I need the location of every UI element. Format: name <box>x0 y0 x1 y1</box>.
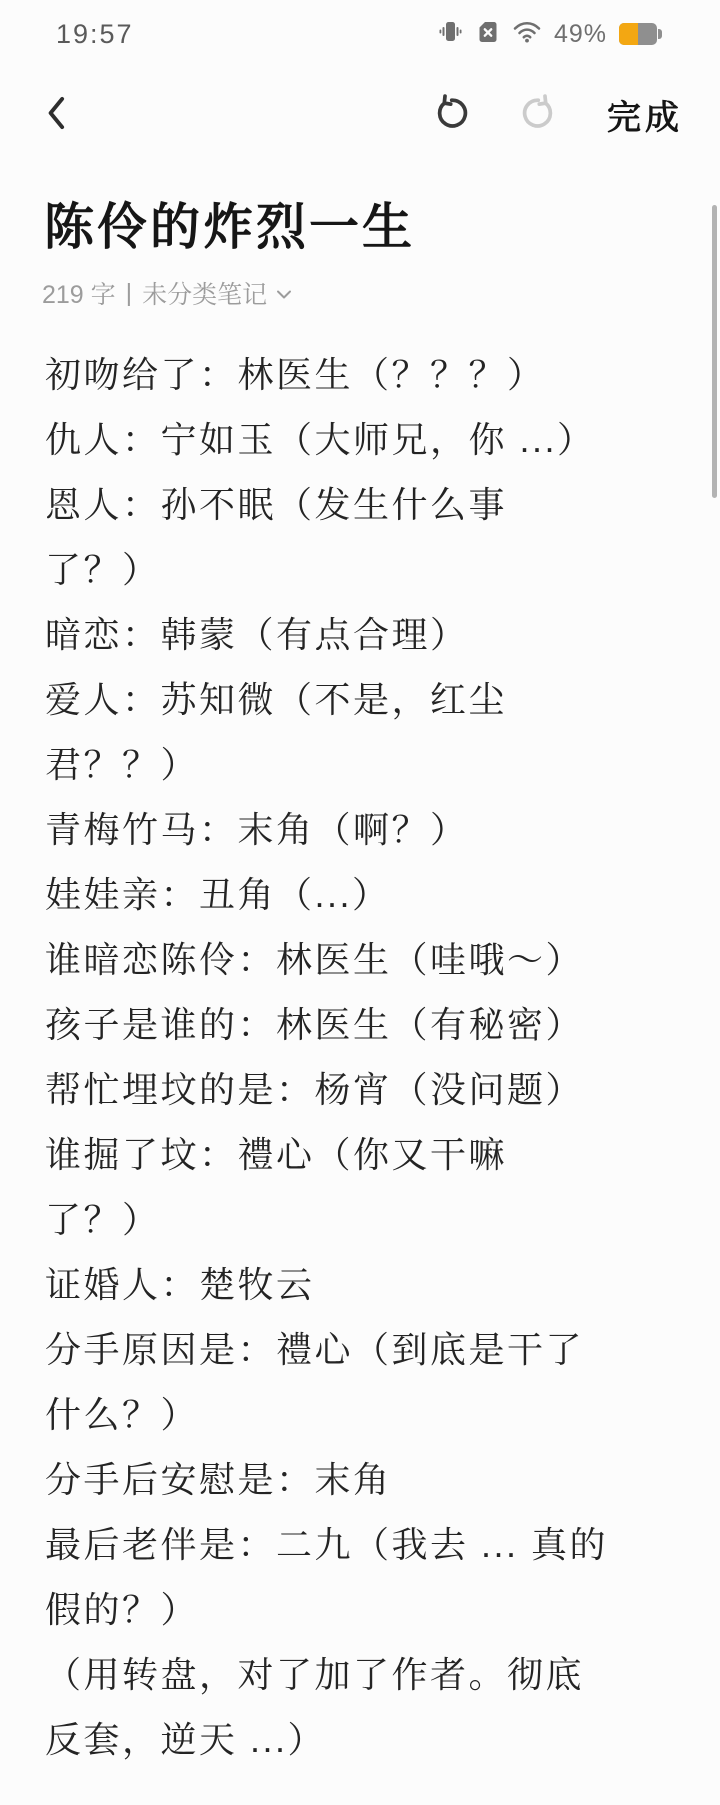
note-line[interactable]: 初吻给了：林医生（？？？） <box>45 342 675 407</box>
scrollbar-thumb[interactable] <box>712 205 717 498</box>
battery-fill <box>619 23 638 45</box>
status-time: 19:57 <box>56 19 134 50</box>
chevron-down-icon <box>275 279 293 308</box>
done-button[interactable]: 完成 <box>607 90 683 139</box>
no-sim-icon <box>476 20 500 49</box>
note-line[interactable]: 谁掘了坟：禮心（你又干嘛 了？） <box>45 1122 675 1252</box>
undo-button[interactable] <box>431 93 471 136</box>
note-title-input[interactable]: 陈伶的炸烈一生 <box>44 196 676 258</box>
chevron-left-icon <box>44 95 70 134</box>
back-button[interactable] <box>44 95 70 134</box>
note-line[interactable]: 恩人：孙不眠（发生什么事 了？） <box>45 472 675 602</box>
note-line[interactable]: 孩子是谁的：林医生（有秘密） <box>45 992 675 1057</box>
note-line[interactable]: 仇人：宁如玉（大师兄，你 ...） <box>45 407 675 472</box>
note-line[interactable]: 谁暗恋陈伶：林医生（哇哦～） <box>45 927 675 992</box>
note-line[interactable]: 爱人：苏知微（不是，红尘 君？？） <box>45 667 675 797</box>
status-bar: 19:57 <box>0 0 720 52</box>
battery-percent: 49% <box>554 20 607 49</box>
category-selector[interactable]: 未分类笔记 <box>142 275 293 311</box>
note-content: 陈伶的炸烈一生 219 字 | 未分类笔记 初吻给了：林医生（？？？） 仇人：宁… <box>0 196 720 1772</box>
note-line[interactable]: 最后老伴是：二九（我去 ... 真的 假的？） <box>45 1512 675 1642</box>
category-label: 未分类笔记 <box>142 275 267 311</box>
note-body[interactable]: 初吻给了：林医生（？？？） 仇人：宁如玉（大师兄，你 ...） 恩人：孙不眠（发… <box>45 342 675 1772</box>
note-editor-screen: 19:57 <box>0 0 720 1805</box>
meta-divider: | <box>126 279 133 308</box>
editor-toolbar: 完成 <box>0 88 720 140</box>
wifi-icon <box>512 20 542 49</box>
redo-button[interactable] <box>519 93 559 136</box>
note-line[interactable]: 青梅竹马：末角（啊？） <box>45 797 675 862</box>
note-line[interactable]: 证婚人：楚牧云 <box>45 1252 675 1317</box>
battery-icon <box>619 23 662 45</box>
note-line[interactable]: 娃娃亲：丑角（...） <box>45 862 675 927</box>
undo-arrow-icon <box>431 93 471 136</box>
note-meta: 219 字 | 未分类笔记 <box>42 278 678 308</box>
note-line[interactable]: （用转盘，对了加了作者。彻底 反套，逆天 ...） <box>45 1642 675 1772</box>
note-line[interactable]: 分手后安慰是：末角 <box>45 1447 675 1512</box>
word-count: 219 字 <box>42 275 116 311</box>
note-line[interactable]: 分手原因是：禮心（到底是干了 什么？） <box>45 1317 675 1447</box>
note-line[interactable]: 帮忙埋坟的是：杨宵（没问题） <box>45 1057 675 1122</box>
note-line[interactable]: 暗恋：韩蒙（有点合理） <box>45 602 675 667</box>
vibrate-icon <box>436 20 464 49</box>
redo-arrow-icon <box>519 93 559 136</box>
status-icons: 49% <box>436 20 662 49</box>
